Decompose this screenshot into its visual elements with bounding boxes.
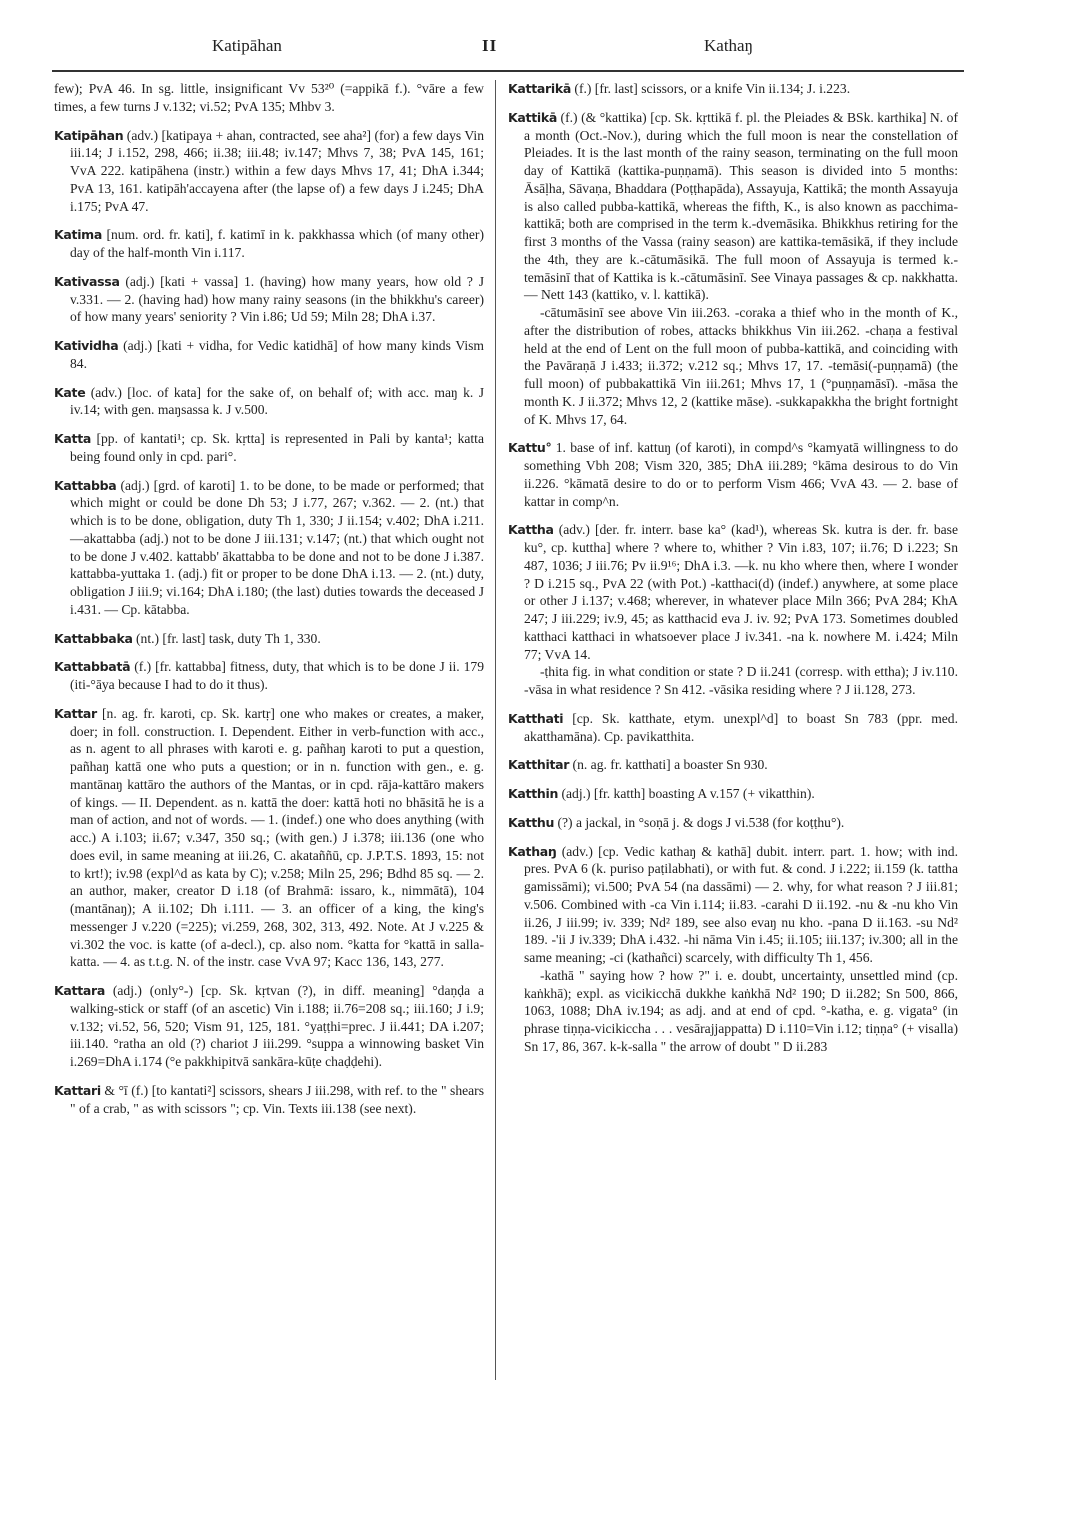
dictionary-entry: Kattara (adj.) (only°-) [cp. Sk. kṛtvan … (54, 982, 484, 1071)
entry-headword: Katthin (508, 786, 558, 801)
left-column: few); PvA 46. In sg. little, insignifica… (54, 80, 484, 1128)
entry-headword: Kathaŋ (508, 844, 557, 859)
left-guide-word: Katipāhan (212, 36, 282, 56)
entry-definition: (adj.) [grd. of karoti] 1. to be done, t… (70, 478, 484, 617)
page-number: II (482, 36, 497, 56)
entry-definition: few); PvA 46. In sg. little, insignifica… (54, 81, 484, 114)
entry-headword: Kattabbaka (54, 631, 133, 646)
entry-definition: 1. base of inf. kattuŋ (of karoti), in c… (524, 440, 958, 508)
dictionary-entry: Kattha (adv.) [der. fr. interr. base ka°… (508, 521, 958, 699)
dictionary-entry: Kattabba (adj.) [grd. of karoti] 1. to b… (54, 477, 484, 619)
dictionary-entry: Kativassa (adj.) [kati + vassa] 1. (havi… (54, 273, 484, 326)
entry-definition: (?) a jackal, in °soṇā j. & dogs J vi.53… (554, 815, 844, 830)
entry-headword: Katta (54, 431, 91, 446)
right-column: Kattarikā (f.) [fr. last] scissors, or a… (508, 80, 958, 1067)
right-guide-word: Kathaŋ (704, 36, 753, 56)
entry-definition: (adj.) [fr. katth] boasting A v.157 (+ v… (558, 786, 815, 801)
entry-definition: [num. ord. fr. kati], f. katimī in k. pa… (70, 227, 484, 260)
dictionary-entry: Kattu° 1. base of inf. kattuŋ (of karoti… (508, 439, 958, 510)
entry-definition: (adv.) [der. fr. interr. base ka° (kad¹)… (524, 522, 958, 661)
entry-definition: (adv.) [loc. of kata] for the sake of, o… (70, 385, 484, 418)
entry-headword: Katthati (508, 711, 563, 726)
entry-definition: & °ī (f.) [to kantati²] scissors, shears… (70, 1083, 484, 1116)
entry-definition: [pp. of kantati¹; cp. Sk. kṛtta] is repr… (70, 431, 484, 464)
entry-compounds: -kathā " saying how ? how ?" i. e. doubt… (524, 967, 958, 1056)
dictionary-entry: Katthin (adj.) [fr. katth] boasting A v.… (508, 785, 958, 803)
entry-compounds: -cātumāsinī see above Vin iii.263. -cora… (524, 304, 958, 428)
entry-definition: (adj.) (only°-) [cp. Sk. kṛtvan (?), in … (70, 983, 484, 1069)
entry-compounds: -ṭhita fig. in what condition or state ?… (524, 663, 958, 699)
entry-definition: (adv.) [cp. Vedic kathaŋ & kathā] dubit.… (524, 844, 958, 966)
dictionary-entry: few); PvA 46. In sg. little, insignifica… (54, 80, 484, 116)
dictionary-entry: Kattar [n. ag. fr. karoti, cp. Sk. kartṛ… (54, 705, 484, 971)
entry-headword: Katividha (54, 338, 118, 353)
dictionary-entry: Kattikā (f.) (& °kattika) [cp. Sk. kṛtti… (508, 109, 958, 429)
column-divider (495, 80, 496, 1380)
dictionary-entry: Kattabbaka (nt.) [fr. last] task, duty T… (54, 630, 484, 648)
running-header: Katipāhan II Kathaŋ (52, 36, 964, 64)
entry-headword: Kattarikā (508, 81, 571, 96)
dictionary-entry: Kate (adv.) [loc. of kata] for the sake … (54, 384, 484, 420)
entry-definition: [n. ag. fr. karoti, cp. Sk. kartṛ] one w… (70, 706, 484, 970)
entry-headword: Kattari (54, 1083, 101, 1098)
entry-headword: Kate (54, 385, 85, 400)
dictionary-entry: Katthati [cp. Sk. katthate, etym. unexpl… (508, 710, 958, 746)
entry-definition: (f.) [fr. last] scissors, or a knife Vin… (571, 81, 850, 96)
entry-definition: [cp. Sk. katthate, etym. unexpl^d] to bo… (524, 711, 958, 744)
entry-headword: Katthu (508, 815, 554, 830)
entry-headword: Kattara (54, 983, 105, 998)
entry-definition: (n. ag. fr. katthati] a boaster Sn 930. (569, 757, 768, 772)
dictionary-entry: Katta [pp. of kantati¹; cp. Sk. kṛtta] i… (54, 430, 484, 466)
entry-headword: Kattabbatā (54, 659, 130, 674)
entry-headword: Kattabba (54, 478, 116, 493)
entry-definition: (adj.) [kati + vidha, for Vedic katidhā]… (70, 338, 484, 371)
entry-headword: Kattha (508, 522, 554, 537)
entry-definition: (nt.) [fr. last] task, duty Th 1, 330. (133, 631, 321, 646)
entry-definition: (f.) (& °kattika) [cp. Sk. kṛttikā f. pl… (524, 110, 958, 303)
dictionary-entry: Kathaŋ (adv.) [cp. Vedic kathaŋ & kathā]… (508, 843, 958, 1056)
dictionary-entry: Katima [num. ord. fr. kati], f. katimī i… (54, 226, 484, 262)
entry-headword: Kattikā (508, 110, 557, 125)
entry-headword: Katipāhan (54, 128, 123, 143)
entry-definition: (adj.) [kati + vassa] 1. (having) how ma… (70, 274, 484, 325)
entry-headword: Kativassa (54, 274, 120, 289)
entry-definition: (adv.) [katipaya + ahan, contracted, see… (70, 128, 484, 214)
dictionary-entry: Katipāhan (adv.) [katipaya + ahan, contr… (54, 127, 484, 216)
entry-headword: Katima (54, 227, 102, 242)
header-rule (52, 70, 964, 72)
dictionary-entry: Kattari & °ī (f.) [to kantati²] scissors… (54, 1082, 484, 1118)
entry-headword: Kattar (54, 706, 97, 721)
entry-headword: Katthitar (508, 757, 569, 772)
entry-definition: (f.) [fr. kattabba] fitness, duty, that … (70, 659, 484, 692)
dictionary-entry: Katthitar (n. ag. fr. katthati] a boaste… (508, 756, 958, 774)
dictionary-entry: Kattabbatā (f.) [fr. kattabba] fitness, … (54, 658, 484, 694)
dictionary-entry: Kattarikā (f.) [fr. last] scissors, or a… (508, 80, 958, 98)
dictionary-entry: Katthu (?) a jackal, in °soṇā j. & dogs … (508, 814, 958, 832)
entry-headword: Kattu° (508, 440, 551, 455)
dictionary-entry: Katividha (adj.) [kati + vidha, for Vedi… (54, 337, 484, 373)
